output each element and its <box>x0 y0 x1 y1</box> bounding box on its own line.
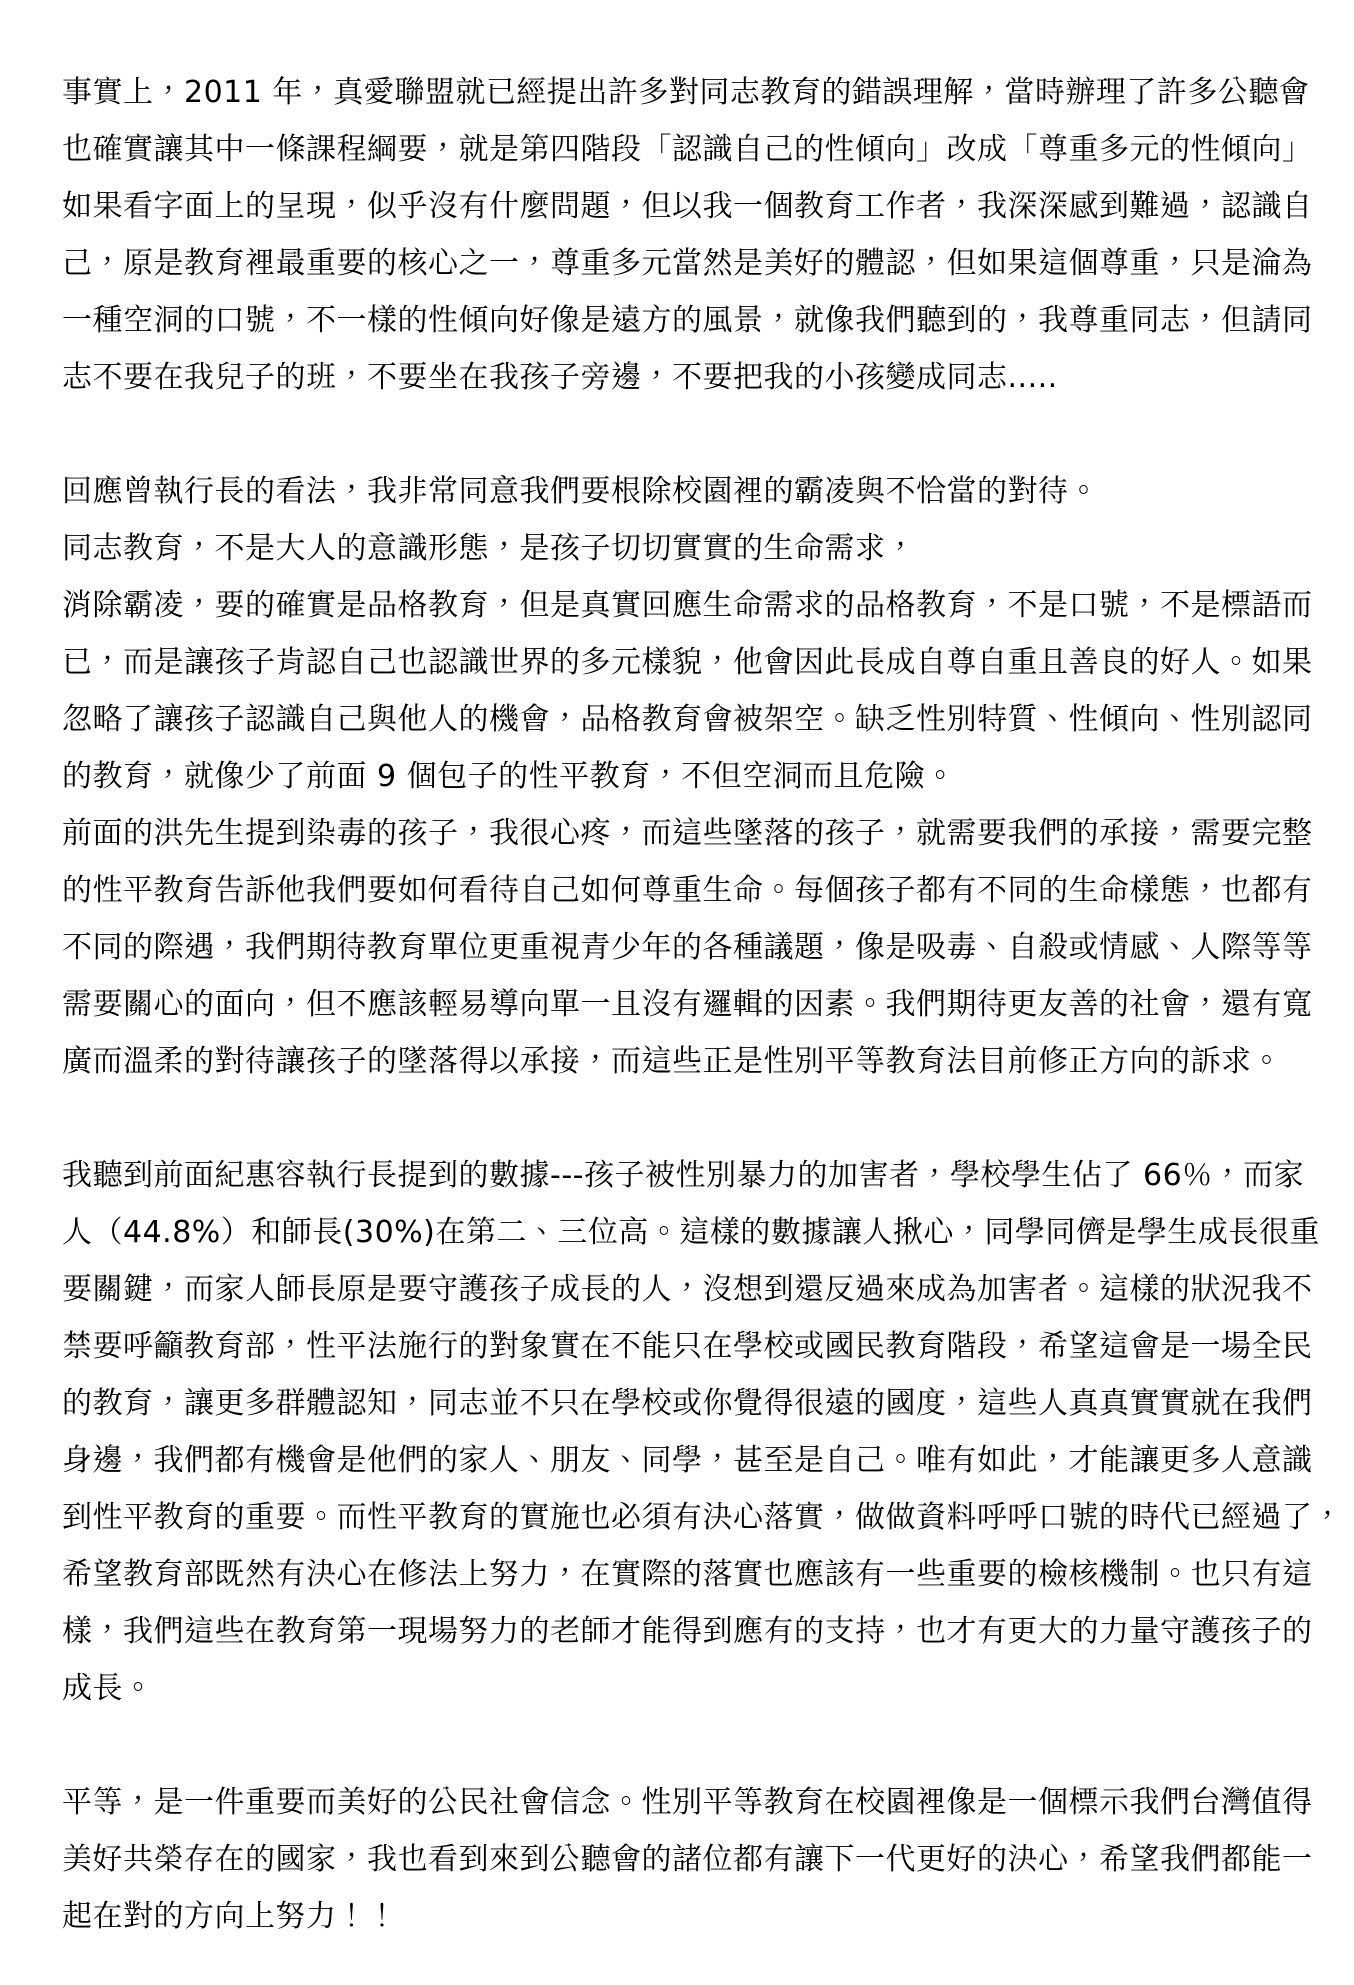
paragraph-3: 我聽到前面紀惠容執行長提到的數據---孩子被性別暴力的加害者，學校學生佔了 66… <box>62 1147 1316 1717</box>
document-page: 事實上，2011 年，真愛聯盟就已經提出許多對同志教育的錯誤理解，當時辦理了許多… <box>0 0 1354 1985</box>
text-line: 起在對的方向上努力！！ <box>62 1888 1316 1945</box>
text-line: 事實上，2011 年，真愛聯盟就已經提出許多對同志教育的錯誤理解，當時辦理了許多… <box>62 64 1316 121</box>
text-line: 不同的際遇，我們期待教育單位更重視青少年的各種議題，像是吸毒、自殺或情感、人際等… <box>62 919 1316 976</box>
text-line: 廣而溫柔的對待讓孩子的墜落得以承接，而這些正是性別平等教育法目前修正方向的訴求。 <box>62 1033 1316 1090</box>
text-line: 如果看字面上的呈現，似乎沒有什麼問題，但以我一個教育工作者，我深深感到難過，認識… <box>62 178 1316 235</box>
text-line: 我聽到前面紀惠容執行長提到的數據---孩子被性別暴力的加害者，學校學生佔了 66… <box>62 1147 1316 1204</box>
text-line: 己，原是教育裡最重要的核心之一，尊重多元當然是美好的體認，但如果這個尊重，只是淪… <box>62 235 1316 292</box>
text-line: 希望教育部既然有決心在修法上努力，在實際的落實也應該有一些重要的檢核機制。也只有… <box>62 1546 1316 1603</box>
text-line: 平等，是一件重要而美好的公民社會信念。性別平等教育在校園裡像是一個標示我們台灣值… <box>62 1774 1316 1831</box>
text-line: 志不要在我兒子的班，不要坐在我孩子旁邊，不要把我的小孩變成同志..... <box>62 349 1316 406</box>
text-line: 一種空洞的口號，不一樣的性傾向好像是遠方的風景，就像我們聽到的，我尊重同志，但請… <box>62 292 1316 349</box>
text-line: 禁要呼籲教育部，性平法施行的對象實在不能只在學校或國民教育階段，希望這會是一場全… <box>62 1318 1316 1375</box>
text-line: 美好共榮存在的國家，我也看到來到公聽會的諸位都有讓下一代更好的決心，希望我們都能… <box>62 1831 1316 1888</box>
text-line: 成長。 <box>62 1660 1316 1717</box>
paragraph-1: 事實上，2011 年，真愛聯盟就已經提出許多對同志教育的錯誤理解，當時辦理了許多… <box>62 64 1316 406</box>
text-line: 前面的洪先生提到染毒的孩子，我很心疼，而這些墜落的孩子，就需要我們的承接，需要完… <box>62 805 1316 862</box>
text-line: 忽略了讓孩子認識自己與他人的機會，品格教育會被架空。缺乏性別特質、性傾向、性別認… <box>62 691 1316 748</box>
text-line: 身邊，我們都有機會是他們的家人、朋友、同學，甚至是自己。唯有如此，才能讓更多人意… <box>62 1432 1316 1489</box>
text-line: 消除霸凌，要的確實是品格教育，但是真實回應生命需求的品格教育，不是口號，不是標語… <box>62 577 1316 634</box>
text-line: 的教育，讓更多群體認知，同志並不只在學校或你覺得很遠的國度，這些人真真實實就在我… <box>62 1375 1316 1432</box>
text-line: 同志教育，不是大人的意識形態，是孩子切切實實的生命需求， <box>62 520 1316 577</box>
text-line: 回應曾執行長的看法，我非常同意我們要根除校園裡的霸凌與不恰當的對待。 <box>62 463 1316 520</box>
text-line: 樣，我們這些在教育第一現場努力的老師才能得到應有的支持，也才有更大的力量守護孩子… <box>62 1603 1316 1660</box>
paragraph-4: 平等，是一件重要而美好的公民社會信念。性別平等教育在校園裡像是一個標示我們台灣值… <box>62 1774 1316 1945</box>
text-line: 到性平教育的重要。而性平教育的實施也必須有決心落實，做做資料呼呼口號的時代已經過… <box>62 1489 1316 1546</box>
text-line: 也確實讓其中一條課程綱要，就是第四階段「認識自己的性傾向」改成「尊重多元的性傾向… <box>62 121 1316 178</box>
text-line: 需要關心的面向，但不應該輕易導向單一且沒有邏輯的因素。我們期待更友善的社會，還有… <box>62 976 1316 1033</box>
text-line: 要關鍵，而家人師長原是要守護孩子成長的人，沒想到還反過來成為加害者。這樣的狀況我… <box>62 1261 1316 1318</box>
text-line: 的性平教育告訴他我們要如何看待自己如何尊重生命。每個孩子都有不同的生命樣態，也都… <box>62 862 1316 919</box>
text-line: 的教育，就像少了前面 9 個包子的性平教育，不但空洞而且危險。 <box>62 748 1316 805</box>
text-line: 已，而是讓孩子肯認自己也認識世界的多元樣貌，他會因此長成自尊自重且善良的好人。如… <box>62 634 1316 691</box>
text-line: 人（44.8%）和師長(30%)在第二、三位高。這樣的數據讓人揪心，同學同儕是學… <box>62 1204 1316 1261</box>
paragraph-2: 回應曾執行長的看法，我非常同意我們要根除校園裡的霸凌與不恰當的對待。 同志教育，… <box>62 463 1316 1090</box>
